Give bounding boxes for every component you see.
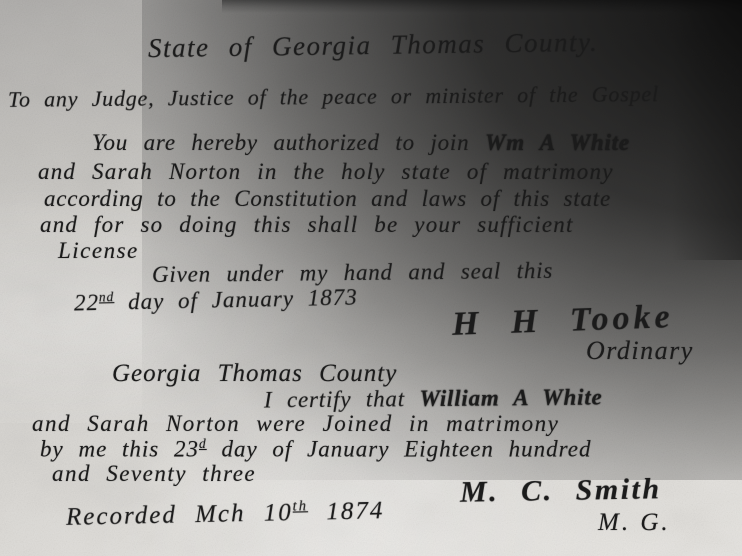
recorded-ordinal: th [292, 498, 308, 514]
license-text-4: and for so doing this shall be your suff… [40, 212, 574, 237]
certificate-line-2: and Sarah Norton were Joined in matrimon… [32, 411, 559, 437]
certificate-heading: Georgia Thomas County [112, 360, 397, 388]
certificate-heading-text: Georgia Thomas County [112, 360, 397, 387]
license-line-3: according to the Constitution and laws o… [44, 186, 611, 212]
certificate-date-day: 23 [174, 437, 199, 462]
license-text-2: and Sarah Norton in the holy state of ma… [38, 159, 614, 184]
license-date-day: 22 [74, 290, 100, 316]
heading-state-county: State of Georgia Thomas County. [148, 27, 599, 64]
heading-text: State of Georgia Thomas County. [148, 27, 599, 63]
scanned-marriage-license-document: State of Georgia Thomas County. To any J… [0, 0, 742, 556]
salutation-line: To any Judge, Justice of the peace or mi… [8, 81, 659, 113]
groom-name: Wm A White [485, 130, 630, 155]
minister-signature-name: M. C. Smith [460, 472, 662, 509]
recorded-pre: Recorded Mch [66, 500, 264, 531]
certificate-line-4: and Seventy three [52, 461, 256, 487]
license-line-5: License [58, 238, 139, 264]
salutation-text: To any Judge, Justice of the peace or mi… [8, 81, 659, 112]
certificate-line-1: I certify that William A White [264, 385, 603, 414]
certify-text: I certify that [264, 386, 420, 412]
ordinary-signature-title: Ordinary [586, 336, 694, 366]
recorded-year: 1874 [308, 497, 385, 526]
testimonium-text: Given under my hand and seal this [152, 258, 553, 287]
license-date-ordinal: nd [99, 289, 115, 304]
license-date-line: 22nd day of January 1873 [74, 284, 358, 317]
minister-signature-title: M. G. [598, 509, 671, 537]
certificate-date-line: by me this 23d day of January Eighteen h… [40, 436, 591, 463]
certificate-date-rest: day of January Eighteen hundred [207, 437, 592, 462]
license-date-rest: day of January 1873 [114, 285, 358, 315]
certificate-text-4: and Seventy three [52, 461, 256, 486]
license-authorization-line: You are hereby authorized to join Wm A W… [92, 130, 630, 156]
certificate-text-2: and Sarah Norton were Joined in matrimon… [32, 411, 559, 436]
minister-title-text: M. G. [598, 509, 671, 536]
certificate-groom-name: William A White [419, 385, 602, 412]
recorded-line: Recorded Mch 10th 1874 [66, 497, 385, 532]
license-line-4: and for so doing this shall be your suff… [40, 212, 574, 238]
certificate-date-ordinal: d [199, 436, 207, 451]
recorded-day: 10 [263, 499, 293, 527]
license-line-2: and Sarah Norton in the holy state of ma… [38, 159, 614, 185]
ordinary-title-text: Ordinary [586, 336, 694, 365]
certificate-date-pre: by me this [40, 437, 174, 462]
minister-signature: M. C. Smith [460, 472, 662, 510]
license-text-5: License [58, 238, 139, 263]
license-text-3: according to the Constitution and laws o… [44, 186, 611, 211]
authorization-text: You are hereby authorized to join [92, 130, 485, 155]
